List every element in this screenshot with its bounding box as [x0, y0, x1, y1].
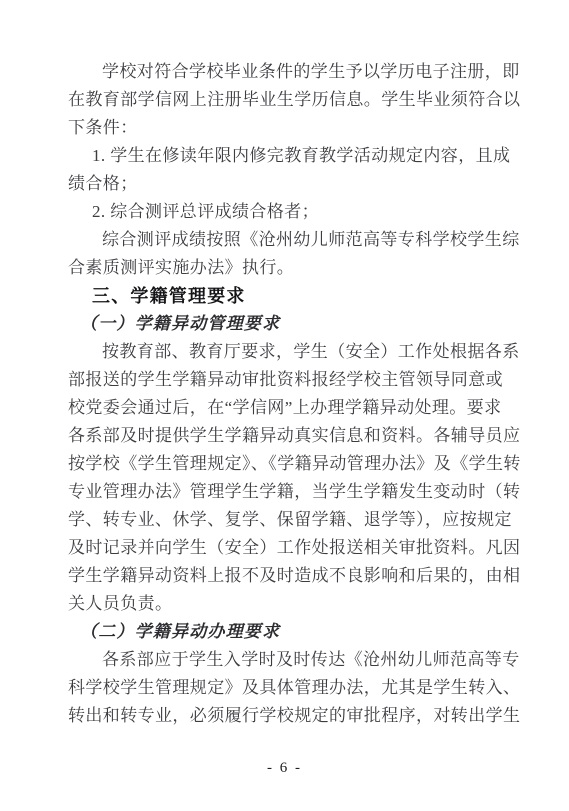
page-number: - 6 - — [0, 760, 569, 777]
text-line: 及时记录并向学生（安全）工作处报送相关审批资料。凡因 — [68, 534, 508, 562]
text-line: 校党委会通过后，在“学信网”上办理学籍异动处理。要求 — [68, 394, 508, 422]
subsection-heading: （二）学籍异动办理要求 — [68, 618, 508, 646]
text-line: 转出和转专业，必须履行学校规定的审批程序，对转出学生 — [68, 702, 508, 730]
subsection-heading: （一）学籍异动管理要求 — [68, 310, 508, 338]
text-line: 在教育部学信网上注册毕业生学历信息。学生毕业须符合以 — [68, 86, 508, 114]
text-line: 科学校学生管理规定》及具体管理办法，尤其是学生转入、 — [68, 674, 508, 702]
text-line: 按学校《学生管理规定》、《学籍异动管理办法》及《学生转 — [68, 450, 508, 478]
text-line: 各系部应于学生入学时及时传达《沧州幼儿师范高等专 — [68, 646, 508, 674]
text-line: 绩合格； — [68, 170, 508, 198]
text-line: 综合测评成绩按照《沧州幼儿师范高等专科学校学生综 — [68, 226, 508, 254]
text-line: 下条件： — [68, 114, 508, 142]
text-line: 学生学籍异动资料上报不及时造成不良影响和后果的，由相 — [68, 562, 508, 590]
text-line: 各系部及时提供学生学籍异动真实信息和资料。各辅导员应 — [68, 422, 508, 450]
text-line: 学、转专业、休学、复学、保留学籍、退学等），应按规定 — [68, 506, 508, 534]
text-line: 合素质测评实施办法》执行。 — [68, 254, 508, 282]
text-line: 专业管理办法》管理学生学籍，当学生学籍发生变动时（转 — [68, 478, 508, 506]
text-line: 关人员负责。 — [68, 590, 508, 618]
text-line: 按教育部、教育厅要求，学生（安全）工作处根据各系 — [68, 338, 508, 366]
text-line: 学校对符合学校毕业条件的学生予以学历电子注册，即 — [68, 58, 508, 86]
text-line: 部报送的学生学籍异动审批资料报经学校主管领导同意或 — [68, 366, 508, 394]
list-item-line: 1. 学生在修读年限内修完教育教学活动规定内容，且成 — [68, 142, 508, 170]
list-item-line: 2. 综合测评总评成绩合格者； — [68, 198, 508, 226]
document-page: 学校对符合学校毕业条件的学生予以学历电子注册，即 在教育部学信网上注册毕业生学历… — [0, 0, 569, 811]
document-body: 学校对符合学校毕业条件的学生予以学历电子注册，即 在教育部学信网上注册毕业生学历… — [68, 58, 508, 730]
section-heading: 三、学籍管理要求 — [68, 282, 508, 310]
